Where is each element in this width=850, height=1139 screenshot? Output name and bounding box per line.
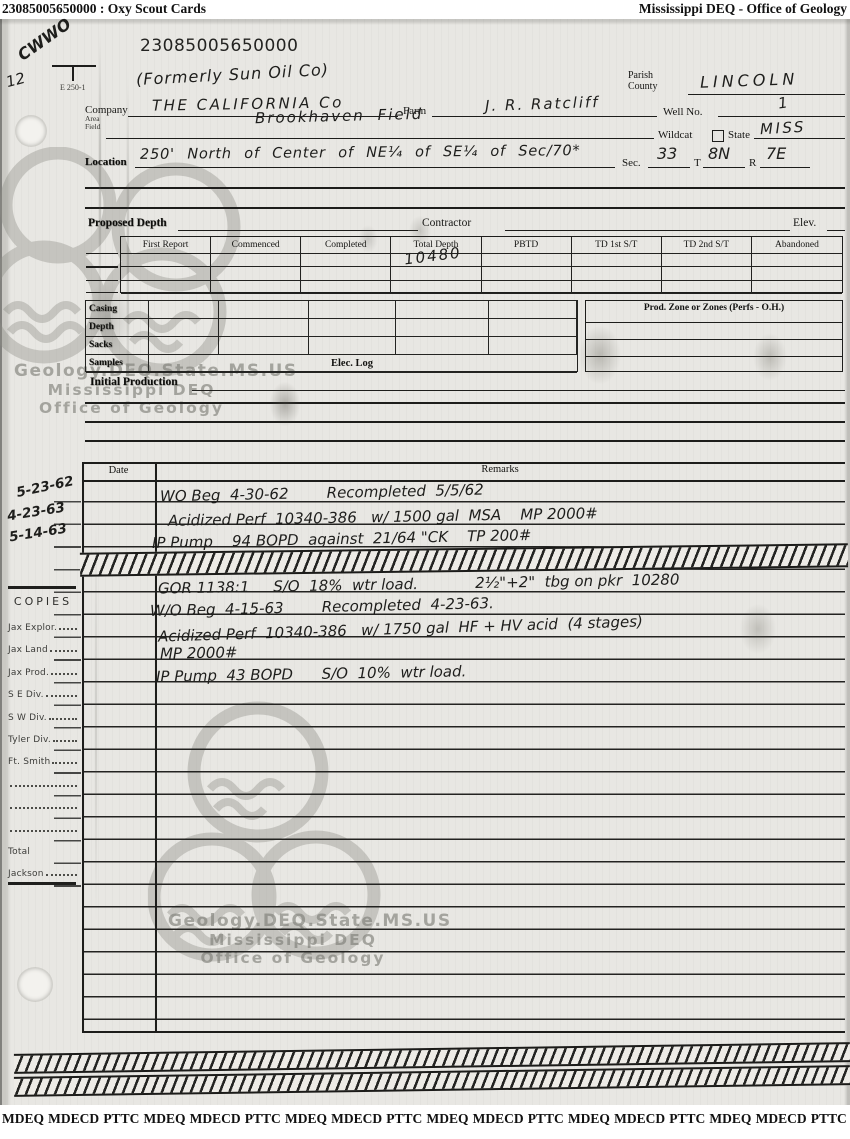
farm-value: J. R. Ratcliff [485,93,600,115]
footer-token: MDEQ [143,1111,185,1127]
field-underline [648,167,690,168]
casing-cell [489,301,577,319]
copies-item-label: Total [8,847,30,857]
township-label: T [694,157,701,169]
corner-note: CWWO [14,14,75,64]
ruled-stub [86,292,118,294]
ruled-line [85,440,845,442]
county-label: County [628,81,657,92]
copies-list-item: Tyler Div. [8,729,78,745]
depth-table: First Report Commenced Completed Total D… [120,236,843,293]
footer-token: MDEQ [709,1111,751,1127]
footer-token: PTTC [811,1111,847,1127]
depth-table-cell [301,254,391,267]
field-underline [192,390,845,391]
elev-label: Elev. [793,217,816,229]
prod-zone-line [585,339,843,340]
copies-list-item [8,796,78,812]
sec-value: 33 [657,144,677,163]
copies-item-dots [46,874,77,876]
copies-bottom-bar [8,882,76,885]
depth-table-header: Abandoned [752,237,842,254]
copies-list-item: Jax Prod. [8,662,78,678]
range-label: R [749,157,756,169]
footer-token: MDEQ [426,1111,468,1127]
casing-cell [489,319,577,337]
ruled-line [85,421,845,423]
casing-cell [219,337,309,355]
sec-label: Sec. [622,157,641,169]
depth-table-cell [391,267,481,280]
remarks-column-header: Remarks [155,464,845,475]
footer-token-row: MDEQMDECDPTTCMDEQMDECDPTTCMDEQMDECDPTTCM… [0,1105,850,1127]
depth-table-cell [121,281,211,294]
corner-mark [72,67,74,81]
copies-item-dots [49,718,77,720]
punch-hole [16,116,46,146]
api-number: 23085005650000 [140,36,298,56]
township-value: 8N [708,144,730,163]
remarks-left-border [82,462,84,1032]
copies-top-bar [8,586,76,589]
page-header-left: 23085005650000 : Oxy Scout Cards [2,1,206,17]
casing-row-label: Sacks [86,337,149,355]
location-label: Location [85,156,127,168]
depth-table-cell [391,281,481,294]
depth-table-cell [482,281,572,294]
casing-cell [309,319,396,337]
casing-cell [396,337,489,355]
casing-row-label: Samples [86,355,149,373]
depth-table-header: PBTD [482,237,572,254]
casing-cell [219,319,309,337]
casing-cell [309,337,396,355]
copies-item-dots [46,695,77,697]
copies-item-label: S E Div. [8,690,44,700]
elec-log-label: Elec. Log [149,355,577,373]
footer-token: MDECD [756,1111,807,1127]
casing-table: Casing Depth Sacks Samples Elec. Log [85,300,578,372]
depth-table-cell [662,267,752,280]
copies-item-label: Jackson [8,869,44,879]
ruled-line [85,402,845,404]
copies-item-dots [52,762,77,764]
state-label: State [728,129,750,141]
copies-item-dots [53,740,77,742]
area-field-label: Area Field [85,115,100,131]
field-label: Field [85,123,100,131]
footer-token: MDECD [473,1111,524,1127]
field-underline [760,167,810,168]
wildcat-label: Wildcat [658,129,692,141]
casing-cell [219,301,309,319]
form-code: E 250-1 [60,83,86,92]
page-footer: MDEQMDECDPTTCMDEQMDECDPTTCMDEQMDECDPTTCM… [0,1105,850,1139]
state-value: MISS [760,118,807,138]
footer-token: MDEQ [2,1111,44,1127]
copies-title: COPIES [8,595,78,608]
depth-table-cell [211,254,301,267]
copies-item-dots [10,830,77,832]
copies-item-dots [59,628,77,630]
depth-table-cell [572,281,662,294]
depth-table-header: Completed [301,237,391,254]
depth-table-cell [752,267,842,280]
depth-table-header: TD 1st S/T [572,237,662,254]
copies-item-label: Ft. Smith [8,757,50,767]
prod-zone-header: Prod. Zone or Zones (Perfs - O.H.) [586,301,842,313]
footer-token: MDEQ [285,1111,327,1127]
ruled-stub [86,266,118,268]
copies-item-dots [10,807,77,809]
footer-token: MDECD [331,1111,382,1127]
copies-list-item: Ft. Smith [8,751,78,767]
casing-cell [149,337,219,355]
casing-row-label: Depth [86,319,149,337]
ruled-stub [86,253,118,255]
casing-cell [149,301,219,319]
field-underline [754,138,845,139]
punch-hole [18,968,52,1001]
depth-table-cell [211,281,301,294]
footer-token: MDECD [190,1111,241,1127]
ruled-line [85,207,845,209]
footer-token: PTTC [669,1111,705,1127]
prod-zone-line [585,322,843,323]
casing-cell [309,301,396,319]
field-underline [703,167,745,168]
depth-table-cell [752,281,842,294]
depth-table-header: Commenced [211,237,301,254]
footer-token: PTTC [245,1111,281,1127]
remarks-bottom-border [82,1031,845,1033]
parish-county-label: Parish County [628,70,657,92]
field-underline [106,138,654,139]
footer-token: MDECD [614,1111,665,1127]
copies-list-item: S E Div. [8,684,78,700]
depth-table-cell [482,254,572,267]
copies-item-label: S W Div. [8,713,47,723]
footer-token: PTTC [528,1111,564,1127]
depth-table-cell [121,267,211,280]
remark-entry: MP 2000# [160,643,238,662]
date-column-header: Date [82,465,155,476]
page-header-right: Mississippi DEQ - Office of Geology [639,1,847,17]
proposed-depth-label: Proposed Depth [88,217,167,229]
casing-cell [489,337,577,355]
depth-table-cell [662,281,752,294]
casing-cell [396,301,489,319]
county-value: LINCOLN [700,69,799,91]
depth-table-cell [752,254,842,267]
copies-list-item: S W Div. [8,707,78,723]
copies-item-label: Jax Land [8,645,48,655]
depth-table-cell [121,254,211,267]
copies-list-item [8,819,78,835]
copies-list-item: Jax Explor. [8,617,78,633]
prod-zone-line [585,356,843,357]
copies-item-dots [10,785,77,787]
field-underline [827,230,845,231]
depth-table-cell [301,267,391,280]
depth-table-cell [482,267,572,280]
casing-cell [149,319,219,337]
ruled-stub [86,280,118,282]
wildcat-checkbox [712,130,724,142]
footer-token: PTTC [386,1111,422,1127]
copies-list: Jax Explor. Jax Land Jax Prod. S E Div. … [8,617,78,886]
depth-table-header: First Report [121,237,211,254]
prod-zone-box: Prod. Zone or Zones (Perfs - O.H.) [585,300,843,372]
field-underline [135,167,615,168]
well-no-value: 1 [777,93,789,112]
depth-table-cell [572,267,662,280]
copies-item-label: Jax Prod. [8,668,49,678]
copies-item-dots [51,673,77,675]
casing-row-label: Casing [86,301,149,319]
contractor-label: Contractor [422,217,471,229]
depth-table-cell [572,254,662,267]
copies-list-item [8,774,78,790]
footer-token: MDECD [48,1111,99,1127]
copies-list-item: Jackson [8,863,78,879]
corner-mark [52,65,96,67]
field-underline [178,230,418,231]
location-value: 250' North of Center of NE¼ of SE¼ of Se… [140,143,581,163]
ruled-line [85,187,845,189]
field-underline [505,230,790,231]
well-no-label: Well No. [663,106,702,118]
depth-table-cell [301,281,391,294]
copies-item-dots [50,650,77,652]
formerly-note: (Formerly Sun Oil Co) [136,60,330,89]
field-underline [718,116,845,117]
depth-table-header: TD 2nd S/T [662,237,752,254]
footer-token: PTTC [103,1111,139,1127]
field-underline [688,94,845,95]
copies-item-label: Tyler Div. [8,735,51,745]
copies-list-item: Total [8,841,78,857]
copies-item-label: Jax Explor. [8,623,57,633]
depth-table-cell [662,254,752,267]
field-underline [432,116,657,117]
parish-label: Parish [628,70,657,81]
scanned-document: Geology.DEQ.State.MS.US Mississippi DEQ … [0,19,850,1105]
footer-token: MDEQ [568,1111,610,1127]
casing-cell [396,319,489,337]
field-value: Brookhaven Field [255,105,424,127]
corner-note: 12 [4,69,27,91]
oxy-scout-card-page: 23085005650000 : Oxy Scout Cards Mississ… [0,0,850,1139]
page-header: 23085005650000 : Oxy Scout Cards Mississ… [0,0,850,19]
copies-list-item: Jax Land [8,639,78,655]
depth-table-cell [211,267,301,280]
range-value: 7E [766,144,786,163]
initial-production-label: Initial Production [90,376,178,388]
